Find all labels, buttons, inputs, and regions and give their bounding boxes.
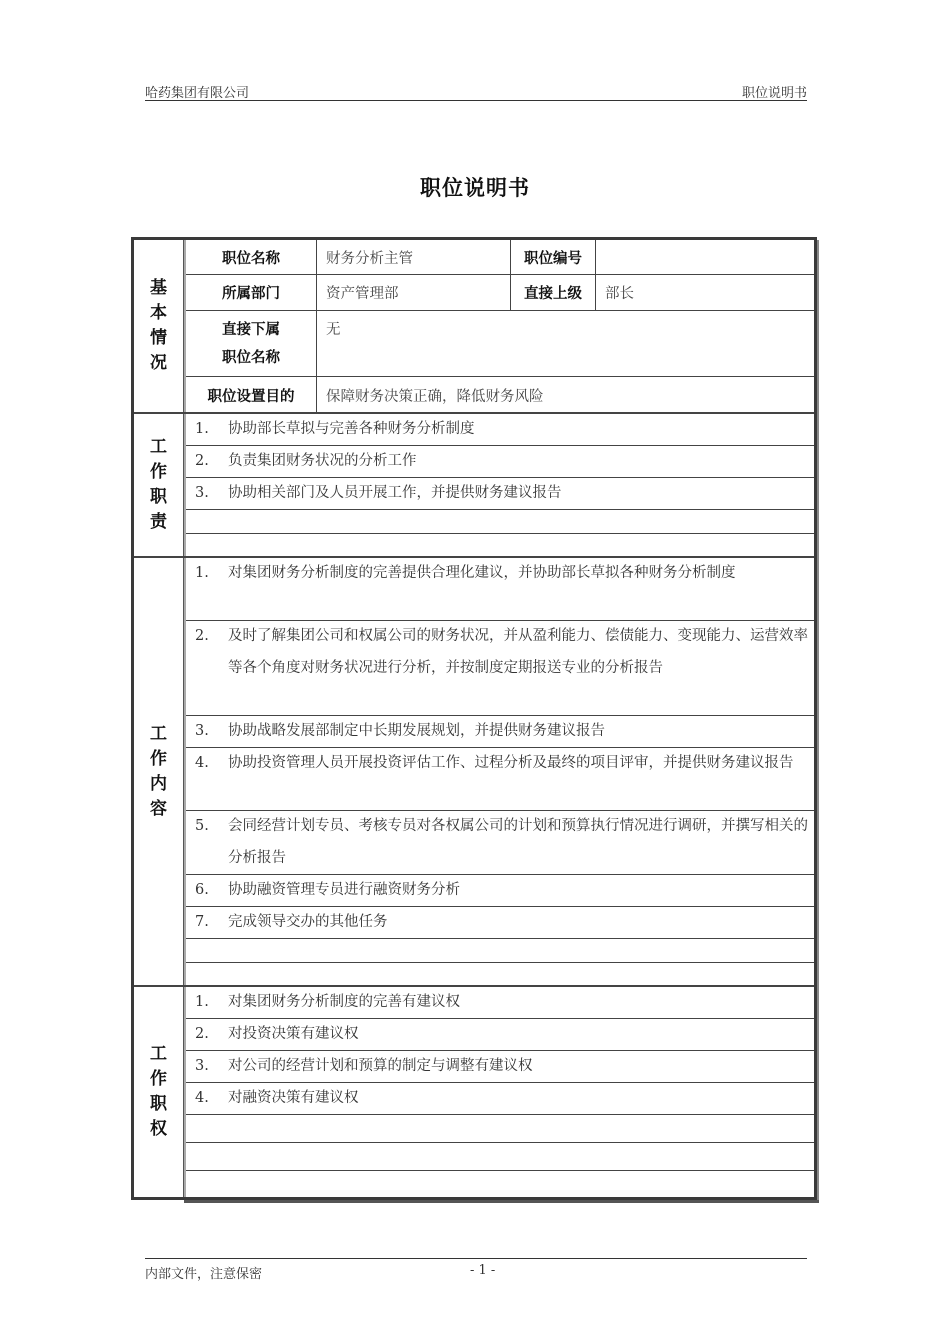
list-item-empty bbox=[186, 1171, 814, 1197]
section-label: 工作职责 bbox=[134, 414, 184, 556]
list-item-empty bbox=[186, 510, 814, 534]
section-duties: 工作职责 1. 协助部长草拟与完善各种财务分析制度 2. 负责集团财务状况的分析… bbox=[134, 414, 814, 558]
list-item: 1. 对集团财务分析制度的完善有建议权 bbox=[186, 987, 814, 1019]
list-item: 3. 对公司的经营计划和预算的制定与调整有建议权 bbox=[186, 1051, 814, 1083]
list-item: 2. 对投资决策有建议权 bbox=[186, 1019, 814, 1051]
list-item-empty bbox=[186, 939, 814, 963]
list-item-empty bbox=[186, 1115, 814, 1143]
section-label: 工作职权 bbox=[134, 987, 184, 1197]
subordinate-value: 无 bbox=[317, 311, 814, 345]
list-item: 7. 完成领导交办的其他任务 bbox=[186, 907, 814, 939]
list-item-empty bbox=[186, 963, 814, 987]
list-item: 2. 负责集团财务状况的分析工作 bbox=[186, 446, 814, 478]
section-label: 工作内容 bbox=[134, 558, 184, 985]
basic-info-grid: 职位名称 财务分析主管 职位编号 所属部门 资产管理部 直接上级 部长 直接下属… bbox=[186, 240, 814, 412]
list-item: 1. 对集团财务分析制度的完善提供合理化建议，并协助部长草拟各种财务分析制度 bbox=[186, 558, 814, 621]
confidential-note: 内部文件，注意保密 bbox=[145, 1263, 262, 1282]
page-number: - 1 - bbox=[470, 1263, 495, 1278]
duties-list: 1. 协助部长草拟与完善各种财务分析制度 2. 负责集团财务状况的分析工作 3.… bbox=[186, 414, 814, 556]
list-item: 6. 协助融资管理专员进行融资财务分析 bbox=[186, 875, 814, 907]
subordinate-label: 直接下属 职位名称 bbox=[186, 311, 316, 376]
table-border-shadow bbox=[184, 1200, 819, 1203]
table-border-shadow bbox=[817, 240, 819, 1202]
header-doc-type: 职位说明书 bbox=[742, 82, 807, 101]
position-code-value bbox=[596, 240, 814, 274]
page-title: 职位说明书 bbox=[0, 172, 950, 202]
company-name: 哈药集团有限公司 bbox=[145, 82, 249, 101]
department-label: 所属部门 bbox=[186, 275, 316, 310]
purpose-value: 保障财务决策正确，降低财务风险 bbox=[317, 377, 814, 413]
department-value: 资产管理部 bbox=[317, 275, 510, 310]
list-item: 4. 对融资决策有建议权 bbox=[186, 1083, 814, 1115]
list-item: 3. 协助战略发展部制定中长期发展规划，并提供财务建议报告 bbox=[186, 716, 814, 748]
list-item-empty bbox=[186, 534, 814, 558]
list-item: 3. 协助相关部门及人员开展工作，并提供财务建议报告 bbox=[186, 478, 814, 510]
supervisor-label: 直接上级 bbox=[511, 275, 595, 310]
position-name-label: 职位名称 bbox=[186, 240, 316, 274]
section-work-content: 工作内容 1. 对集团财务分析制度的完善提供合理化建议，并协助部长草拟各种财务分… bbox=[134, 558, 814, 987]
work-content-list: 1. 对集团财务分析制度的完善提供合理化建议，并协助部长草拟各种财务分析制度 2… bbox=[186, 558, 814, 985]
list-item: 2. 及时了解集团公司和权属公司的财务状况，并从盈利能力、偿债能力、变现能力、运… bbox=[186, 621, 814, 716]
list-item: 5. 会同经营计划专员、考核专员对各权属公司的计划和预算执行情况进行调研，并撰写… bbox=[186, 811, 814, 875]
list-item-empty bbox=[186, 1143, 814, 1171]
section-label: 基本情况 bbox=[134, 240, 184, 412]
supervisor-value: 部长 bbox=[596, 275, 814, 310]
section-authority: 工作职权 1. 对集团财务分析制度的完善有建议权 2. 对投资决策有建议权 3.… bbox=[134, 987, 814, 1197]
position-code-label: 职位编号 bbox=[511, 240, 595, 274]
page-footer: 内部文件，注意保密 - 1 - bbox=[145, 1258, 807, 1259]
position-name-value: 财务分析主管 bbox=[317, 240, 510, 274]
list-item: 1. 协助部长草拟与完善各种财务分析制度 bbox=[186, 414, 814, 446]
section-basic-info: 基本情况 职位名称 财务分析主管 职位编号 所属部门 资产管理部 直接上级 部长… bbox=[134, 240, 814, 414]
page-header: 哈药集团有限公司 职位说明书 bbox=[145, 80, 807, 101]
authority-list: 1. 对集团财务分析制度的完善有建议权 2. 对投资决策有建议权 3. 对公司的… bbox=[186, 987, 814, 1197]
purpose-label: 职位设置目的 bbox=[186, 377, 316, 413]
list-item: 4. 协助投资管理人员开展投资评估工作、过程分析及最终的项目评审，并提供财务建议… bbox=[186, 748, 814, 811]
